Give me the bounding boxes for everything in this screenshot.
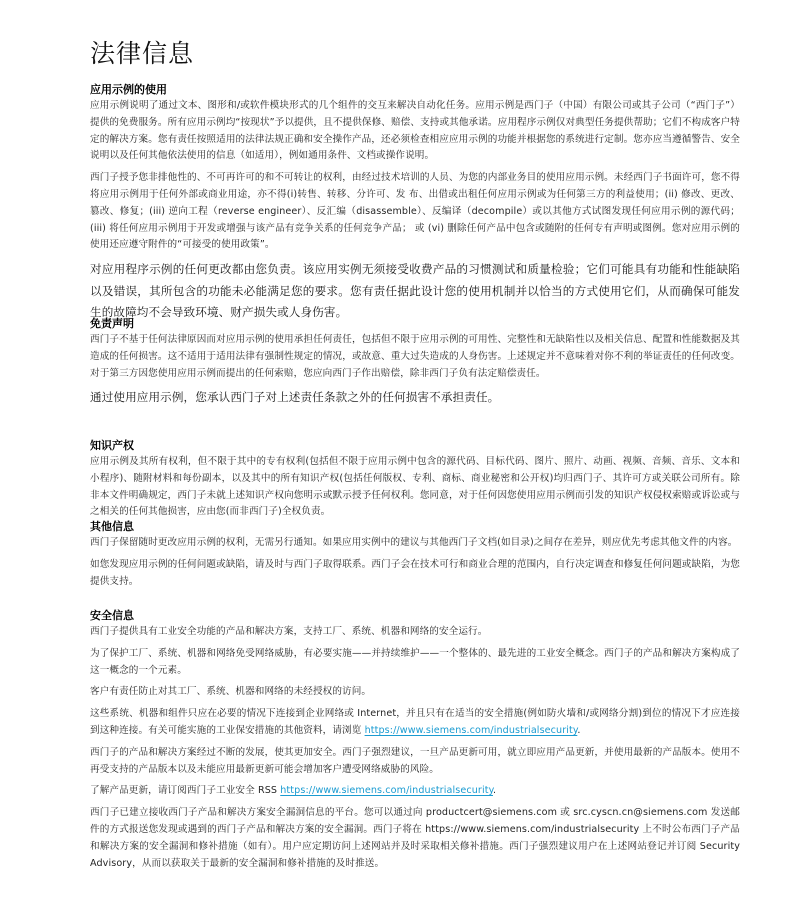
paragraph-text: 了解产品更新，请订阅西门子工业安全 RSS [90,785,280,796]
section-usage: 应用示例的使用 应用示例说明了通过文本、图形和/或软件模块形式的几个组件的交互来… [90,82,740,329]
section-heading: 免责声明 [90,316,740,331]
paragraph: 西门子的产品和解决方案经过不断的发展，使其更加安全。西门子强烈建议，一旦产品更新… [90,745,740,779]
paragraph: 了解产品更新，请订阅西门子工业安全 RSS https://www.siemen… [90,783,740,800]
section-heading: 应用示例的使用 [90,82,740,97]
section-intellectual-property: 知识产权 应用示例及其所有权利，但不限于其中的专有权利(包括但不限于应用示例中包… [90,438,740,526]
paragraph-end: . [577,725,580,736]
paragraph: 西门子保留随时更改应用示例的权利，无需另行通知。如果应用实例中的建议与其他西门子… [90,535,740,552]
paragraph: 西门子不基于任何法律原因而对应用示例的使用承担任何责任，包括但不限于应用示例的可… [90,332,740,382]
section-security-info: 安全信息 西门子提供具有工业安全功能的产品和解决方案，支持工厂、系统、机器和网络… [90,608,740,877]
paragraph: 应用示例说明了通过文本、图形和/或软件模块形式的几个组件的交互来解决自动化任务。… [90,98,740,165]
section-other-info: 其他信息 西门子保留随时更改应用示例的权利，无需另行通知。如果应用实例中的建议与… [90,519,740,595]
rss-link[interactable]: https://www.siemens.com/industrialsecuri… [280,785,493,796]
paragraph-end: . [493,785,496,796]
paragraph: 西门子授予您非排他性的、不可再许可的和不可转让的权利，由经过技术培训的人员、为您… [90,170,740,254]
paragraph: 客户有责任防止对其工厂、系统、机器和网络的未经授权的访问。 [90,684,740,701]
paragraph: 对应用程序示例的任何更改都由您负责。该应用实例无须接受收费产品的习惯测试和质量检… [90,259,740,324]
paragraph: 如您发现应用示例的任何问题或缺陷，请及时与西门子取得联系。西门子会在技术可行和商… [90,557,740,591]
page-title: 法律信息 [90,34,194,70]
paragraph: 西门子提供具有工业安全功能的产品和解决方案，支持工厂、系统、机器和网络的安全运行… [90,624,740,641]
section-disclaimer: 免责声明 西门子不基于任何法律原因而对应用示例的使用承担任何责任，包括但不限于应… [90,316,740,414]
section-heading: 知识产权 [90,438,740,453]
section-heading: 其他信息 [90,519,740,534]
paragraph: 西门子已建立接收西门子产品和解决方案安全漏洞信息的平台。您可以通过向 produ… [90,805,740,872]
paragraph: 通过使用应用示例，您承认西门子对上述责任条款之外的任何损害不承担责任。 [90,387,740,409]
section-heading: 安全信息 [90,608,740,623]
paragraph: 为了保护工厂、系统、机器和网络免受网络威胁，有必要实施——并持续维护——一个整体… [90,646,740,680]
paragraph: 应用示例及其所有权利，但不限于其中的专有权利(包括但不限于应用示例中包含的源代码… [90,454,740,521]
paragraph: 这些系统、机器和组件只应在必要的情况下连接到企业网络或 Internet，并且只… [90,706,740,740]
industrial-security-link[interactable]: https://www.siemens.com/industrialsecuri… [365,725,578,736]
